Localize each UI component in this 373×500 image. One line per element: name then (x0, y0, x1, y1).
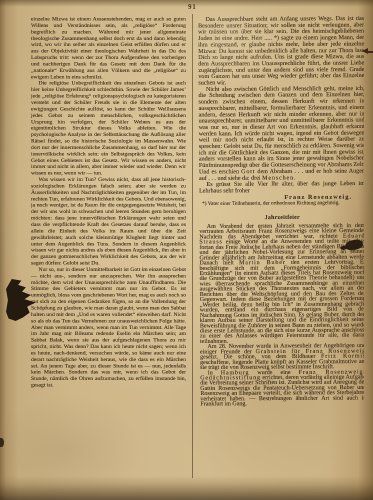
section-heading: Jahrzeitfeier (199, 214, 364, 221)
paragraph-text: Nicht also zwischen Göttlich und Menschl… (198, 84, 364, 175)
paragraph: In Hamburg wurde eine Franz Rosenzweig-G… (200, 369, 364, 407)
footnote: *) Vater einer Teilnehmerin, der orthodo… (199, 201, 364, 207)
paragraph-text: errichtet, deren vorläufig alleinige Auf… (200, 373, 364, 407)
signature: Franz Rosenzweig. (284, 193, 352, 200)
paragraph: Nur so, nur in dieser Unmittelbarkeit is… (31, 266, 186, 388)
scanned-book-page: 91 einzelne Mizwa ist einem Aussenstehen… (0, 0, 373, 500)
left-column: einzelne Mizwa ist einem Aussenstehenden… (31, 16, 186, 474)
letter-closing: Es grüsst Sie alle Vier Ihr alter, über … (199, 180, 364, 194)
page-number: 91 (188, 3, 197, 11)
right-column: Das Aussprechbare steht am Anfang unsres… (198, 16, 364, 480)
left-column-text: einzelne Mizwa ist einem Aussenstehenden… (31, 16, 186, 388)
margin-arrow-mark (362, 47, 373, 57)
paragraph: Die religiöse Unbegreiflichkeit des einz… (31, 80, 186, 176)
right-column-text: Das Aussprechbare steht am Anfang unsres… (198, 16, 364, 406)
paragraph: Am 28. November wurde in Anwesenheit der… (200, 343, 364, 370)
paragraph: Nicht also zwischen Göttlich und Menschl… (198, 85, 364, 181)
small-edge-mark (0, 438, 4, 447)
paragraph: Was wissen wir im Tun? Gewiss nicht, das… (31, 177, 186, 267)
paragraph: Am Vorabend der ersten Jahrzeit versamme… (199, 222, 364, 343)
paragraph-continuation: einzelne Mizwa ist einem Aussenstehenden… (31, 16, 186, 80)
paragraph-text: den ersten Lehrvortrag. Er beschäftigte … (200, 258, 364, 344)
column-divider-rule (192, 14, 193, 478)
paragraph: Das Aussprechbare steht am Anfang unsres… (198, 16, 364, 86)
